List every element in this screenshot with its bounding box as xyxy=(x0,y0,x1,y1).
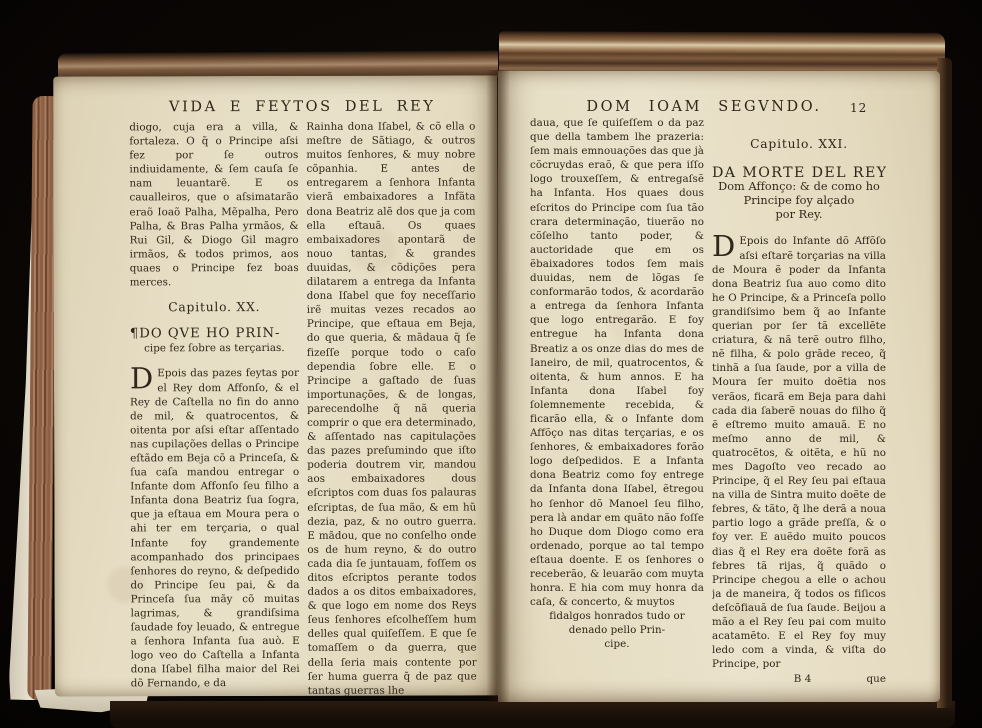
left-page-column-1: diogo, cuja era a villa, & fortaleza. O … xyxy=(129,120,300,697)
page-number: 12 xyxy=(850,101,867,115)
book-cover-bottom xyxy=(110,701,955,728)
right-page-text-block: daua, que ſe quiſeſſem o da paz que dell… xyxy=(530,116,886,686)
paragraph-text: Rainha dona Iſabel, & cõ ella o meſtre d… xyxy=(306,119,477,696)
right-page-column-2: Capitulo. XXI. DA MORTE DEL REY Dom Affo… xyxy=(712,116,886,686)
paragraph-end-line: cipe. xyxy=(530,637,704,651)
right-page-column-1: daua, que ſe quiſeſſem o da paz que dell… xyxy=(530,116,704,686)
signature-mark: B 4 xyxy=(794,672,812,686)
chapter-title-line: DA MORTE DEL REY xyxy=(712,166,886,180)
drop-cap-initial: D xyxy=(130,367,157,391)
paragraph-end-line: denado pello Prin- xyxy=(530,623,704,637)
signature-row: B 4 que xyxy=(712,672,886,686)
left-page-text-block: diogo, cuja era a villa, & fortaleza. O … xyxy=(129,119,477,696)
right-page: DOM IOAM SEGVNDO. 12 daua, que ſe quiſeſ… xyxy=(498,71,940,702)
paragraph-text: Epois do Infante dõ Affõſo aſsi eſtarẽ t… xyxy=(712,235,886,670)
left-page-column-2: Rainha dona Iſabel, & cõ ella o meſtre d… xyxy=(306,119,477,696)
continuation-paragraph: diogo, cuja era a villa, & fortaleza. O … xyxy=(129,120,298,290)
paragraph-end-line: fidalgos honrados tudo or xyxy=(530,609,704,623)
catchword: que xyxy=(867,672,886,686)
drop-cap-initial: D xyxy=(712,234,739,258)
chapter-xx-paragraph: DEpois das pazes feytas por el Rey dom A… xyxy=(130,366,300,691)
chapter-title-line: por Rey. xyxy=(712,208,886,222)
red-fore-edge xyxy=(27,96,56,700)
chapter-xxi-paragraph: DEpois do Infante dõ Affõſo aſsi eſtarẽ … xyxy=(712,234,886,671)
chapter-title-line: Dom Affonço: & de como ho xyxy=(712,180,886,194)
running-header-left: VIDA E FEYTOS DEL REY xyxy=(129,98,475,115)
paragraph-text: Epois das pazes feytas por el Rey dom Af… xyxy=(130,367,300,690)
paragraph-text: daua, que ſe quiſeſſem o da paz que dell… xyxy=(530,116,704,609)
left-page: VIDA E FEYTOS DEL REY diogo, cuja era a … xyxy=(53,75,499,696)
running-header-right: DOM IOAM SEGVNDO. xyxy=(524,99,884,115)
page-block-top-edge-right xyxy=(499,31,945,77)
chapter-heading-xx: Capitulo. XX. xyxy=(130,300,299,315)
section-title-line-2: cipe fez ſobre as terçarias. xyxy=(130,341,299,356)
chapter-heading-xxi: Capitulo. XXI. xyxy=(712,137,886,151)
photo-background: VIDA E FEYTOS DEL REY diogo, cuja era a … xyxy=(0,0,982,728)
chapter-title-line: Principe foy alçado xyxy=(712,194,886,208)
section-title-line-1: ¶DO QVE HO PRIN- xyxy=(130,327,299,342)
